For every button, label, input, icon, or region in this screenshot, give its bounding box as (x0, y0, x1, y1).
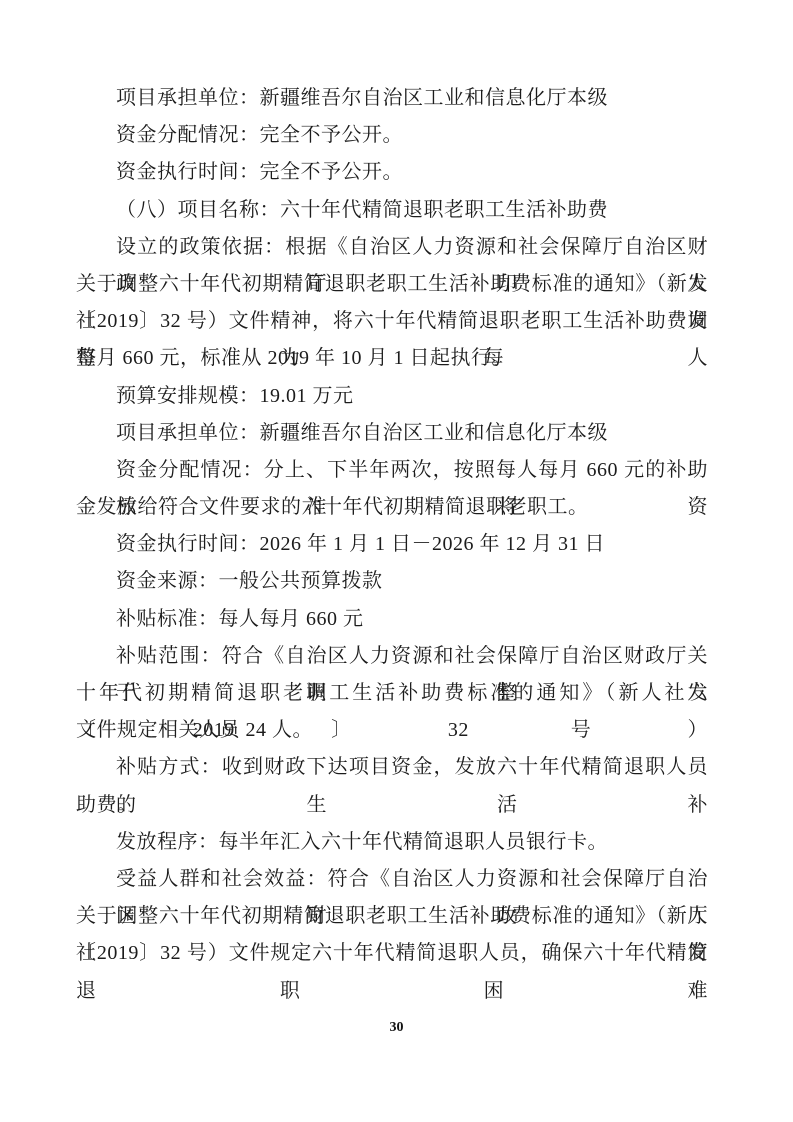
text-line: 资金执行时间：2026 年 1 月 1 日－2026 年 12 月 31 日 (76, 526, 708, 563)
text-line: 受益人群和社会效益：符合《自治区人力资源和社会保障厅自治区财政厅 (76, 861, 708, 898)
text-line: 关于调整六十年代初期精简退职老职工生活补助费标准的通知》（新人社发 (76, 898, 708, 935)
text-line: 〔2019〕32 号）文件规定六十年代精简退职人员，确保六十年代精简退职困难 (76, 935, 708, 972)
text-line: （八）项目名称：六十年代精简退职老职工生活补助费 (76, 192, 708, 229)
text-line: 预算安排规模：19.01 万元 (76, 378, 708, 415)
text-line: 项目承担单位：新疆维吾尔自治区工业和信息化厅本级 (76, 415, 708, 452)
text-line: 〔2019〕32 号）文件精神，将六十年代精简退职老职工生活补助费调整为每人 (76, 303, 708, 340)
text-line: 补贴标准：每人每月 660 元 (76, 601, 708, 638)
page-number: 30 (0, 1020, 793, 1036)
text-line: 项目承担单位：新疆维吾尔自治区工业和信息化厅本级 (76, 80, 708, 117)
text-line: 补贴范围：符合《自治区人力资源和社会保障厅自治区财政厅关于调整六 (76, 638, 708, 675)
text-line: 关于调整六十年代初期精简退职老职工生活补助费标准的通知》（新人社发 (76, 266, 708, 303)
document-body: 项目承担单位：新疆维吾尔自治区工业和信息化厅本级资金分配情况：完全不予公开。资金… (76, 80, 708, 973)
text-line: 资金来源：一般公共预算拨款 (76, 563, 708, 600)
text-line: 十年代初期精简退职老职工生活补助费标准的通知》（新人社发〔2019〕32 号） (76, 675, 708, 712)
text-line: 资金执行时间：完全不予公开。 (76, 154, 708, 191)
text-line: 发放程序：每半年汇入六十年代精简退职人员银行卡。 (76, 824, 708, 861)
text-line: 资金分配情况：完全不予公开。 (76, 117, 708, 154)
text-line: 设立的政策依据：根据《自治区人力资源和社会保障厅自治区财政厅印发 (76, 229, 708, 266)
text-line: 补贴方式：收到财政下达项目资金，发放六十年代精简退职人员的生活补 (76, 749, 708, 786)
text-line: 资金分配情况：分上、下半年两次，按照每人每月 660 元的补助标准将资 (76, 452, 708, 489)
document-page: 项目承担单位：新疆维吾尔自治区工业和信息化厅本级资金分配情况：完全不予公开。资金… (0, 0, 793, 1122)
